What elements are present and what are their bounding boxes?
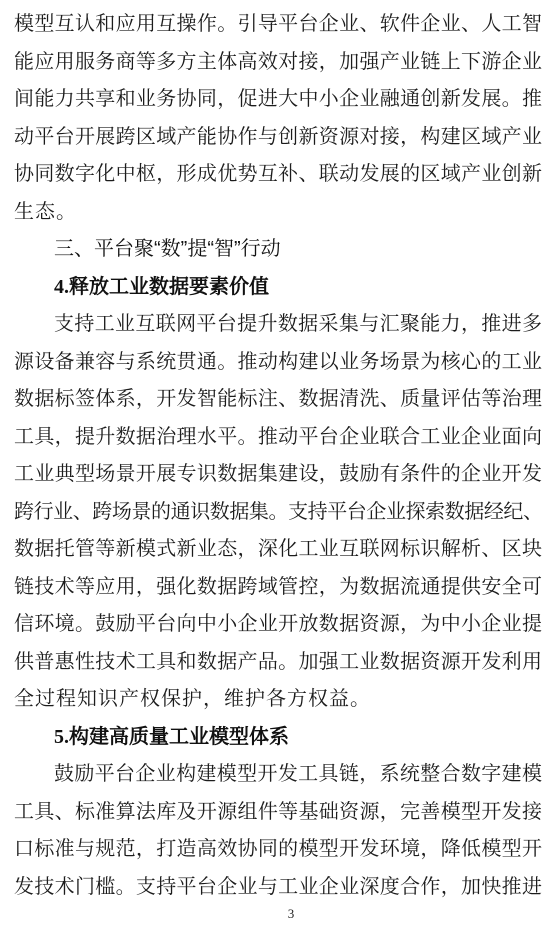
paragraph-line: 信环境。鼓励平台向中小企业开放数据资源，为中小企业提 [14, 606, 542, 644]
paragraph-line: 跨行业、跨场景的通识数据集。支持平台企业探索数据经纪、 [14, 494, 542, 532]
paragraph-line: 生态。 [14, 194, 542, 232]
section-heading: 三、平台聚“数”提“智”行动 [14, 231, 542, 269]
continuation-paragraph: 模型互认和应用互操作。引导平台企业、软件企业、人工智 能应用服务商等多方主体高效… [14, 6, 542, 231]
paragraph-line: 发技术门槛。支持平台企业与工业企业深度合作，加快推进 [14, 869, 542, 907]
document-page: 模型互认和应用互操作。引导平台企业、软件企业、人工智 能应用服务商等多方主体高效… [0, 0, 560, 946]
paragraph-line: 鼓励平台企业构建模型开发工具链，系统整合数字建模 [14, 756, 542, 794]
paragraph-line: 数据托管等新模式新业态，深化工业互联网标识解析、区块 [14, 531, 542, 569]
paragraph-line: 工业典型场景开展专识数据集建设，鼓励有条件的企业开发 [14, 456, 542, 494]
subsection-5-paragraph: 鼓励平台企业构建模型开发工具链，系统整合数字建模 工具、标准算法库及开源组件等基… [14, 756, 542, 906]
paragraph-line: 动平台开展跨区域产能协作与创新资源对接，构建区域产业 [14, 119, 542, 157]
paragraph-line: 协同数字化中枢，形成优势互补、联动发展的区域产业创新 [14, 156, 542, 194]
paragraph-line: 链技术等应用，强化数据跨域管控，为数据流通提供安全可 [14, 569, 542, 607]
paragraph-line: 模型互认和应用互操作。引导平台企业、软件企业、人工智 [14, 6, 542, 44]
subsection-5-heading: 5.构建高质量工业模型体系 [14, 719, 542, 757]
paragraph-line: 支持工业互联网平台提升数据采集与汇聚能力，推进多 [14, 306, 542, 344]
paragraph-line: 源设备兼容与系统贯通。推动构建以业务场景为核心的工业 [14, 344, 542, 382]
subsection-4-heading: 4.释放工业数据要素价值 [14, 269, 542, 307]
paragraph-line: 间能力共享和业务协同，促进大中小企业融通创新发展。推 [14, 81, 542, 119]
paragraph-line: 供普惠性技术工具和数据产品。加强工业数据资源开发利用 [14, 644, 542, 682]
paragraph-line: 工具、标准算法库及开源组件等基础资源，完善模型开发接 [14, 794, 542, 832]
paragraph-line: 工具，提升数据治理水平。推动平台企业联合工业企业面向 [14, 419, 542, 457]
paragraph-line: 全过程知识产权保护，维护各方权益。 [14, 681, 542, 719]
page-number: 3 [280, 904, 302, 924]
paragraph-line: 数据标签体系，开发智能标注、数据清洗、质量评估等治理 [14, 381, 542, 419]
paragraph-line: 口标准与规范，打造高效协同的模型开发环境，降低模型开 [14, 831, 542, 869]
paragraph-line: 能应用服务商等多方主体高效对接，加强产业链上下游企业 [14, 44, 542, 82]
subsection-4-paragraph: 支持工业互联网平台提升数据采集与汇聚能力，推进多 源设备兼容与系统贯通。推动构建… [14, 306, 542, 719]
